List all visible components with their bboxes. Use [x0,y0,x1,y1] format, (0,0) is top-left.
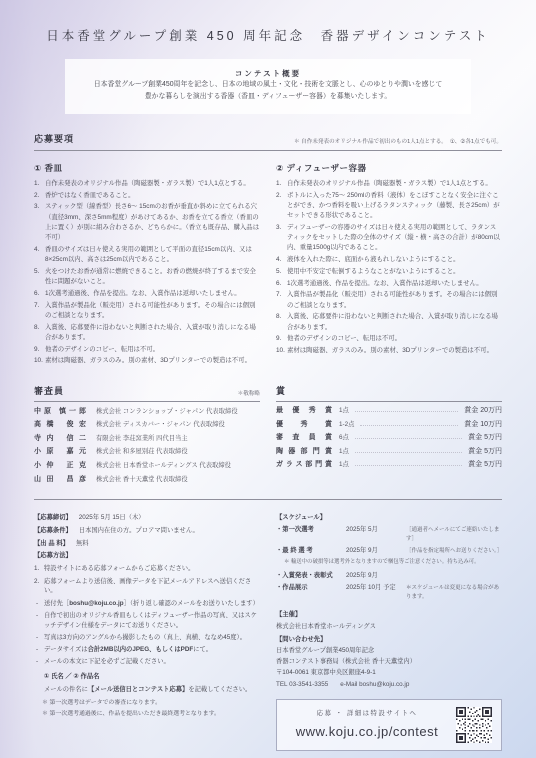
dotted-leader [355,465,462,466]
contact-line: 日本香堂グループ創業450周年記念 [276,646,502,656]
site-note: 応募 ・ 詳細は特設サイトへ [286,709,448,719]
application-section: 【応募締切】 2025年 5月 15日（木） 【応募条件】 日本国内在住の方。プ… [34,513,260,752]
contact-line: 香器コンテスト事務局（株式会社 香十天薫堂内） [276,657,502,667]
prize-name: 最優秀賞 [276,405,332,415]
deadline-row: 【応募締切】 2025年 5月 15日（木） [34,513,260,523]
prize-name: 審査員賞 [276,432,332,442]
rule-item: 香皿のサイズは日々使える実用の範囲として平面の直径15cm以内、又は8×25cm… [34,245,260,266]
rule-item: 自作未発表のオリジナル作品（陶磁器製・ガラス製）で1人1点とする。 [34,179,260,189]
fee-label: 【出 品 料】 [34,539,69,549]
schedule-label: ・作品展示 [276,583,338,593]
incense-plate-column: ① 香皿 自作未発表のオリジナル作品（陶磁器製・ガラス製）で1人1点とする。 香… [34,151,260,368]
judges-prizes-columns: 審査員 ＊敬称略 中原 慎一郎 株式会社 コンランショップ・ジャパン 代表取締役… [34,368,502,484]
judge-affiliation: 株式会社 コンランショップ・ジャパン 代表取締役 [96,406,238,415]
judge-row: 山田 昌彦 株式会社 香十天薫堂 代表取締役 [34,474,260,484]
application-step: 応募フォームより送信後、画像データを下記メールアドレスへ送信ください。 [34,577,260,597]
conditions-value: 日本国内在住の方。プロアマ問いません。 [79,526,199,536]
judge-name: 小仲 正克 [34,460,86,470]
prizes-header: 賞 [276,384,502,402]
detail-text: データサイズは [44,646,88,653]
rule-item: 液体を入れた際に、底面から液もれしないようにすること。 [276,255,502,265]
deadline-label: 【応募締切】 [34,513,72,523]
rule-item: スティック型（線香型）長さ6～ 15cmのお香が垂直か斜めに立てられる穴（直径3… [34,202,260,243]
incense-plate-rules: 自作未発表のオリジナル作品（陶磁器製・ガラス製）で1人1点とする。 香炉ではなく… [34,179,260,367]
schedule-organizer-section: 【スケジュール】 ・第一次選考 2025年 5月 ［通過者へメールにてご連絡いた… [276,513,502,752]
email-subject-line: メールの件名に【メール送信日とコンテスト応募】を記載してください。 [44,685,260,695]
requirements-columns: ① 香皿 自作未発表のオリジナル作品（陶磁器製・ガラス製）で1人1点とする。 香… [34,151,502,368]
special-site-box: 応募 ・ 詳細は特設サイトへ www.koju.co.jp/contest [276,699,502,751]
rule-item: ディフューザーの容器のサイズは日々使える実用の範囲として、ラタンスティックをセッ… [276,223,502,254]
application-detail: データサイズは合計2MB以内のJPEG、もしくはPDFにて。 [34,645,260,655]
site-text: 応募 ・ 詳細は特設サイトへ www.koju.co.jp/contest [286,709,448,742]
overview-text-line2: 豊かな暮らしを演出する香器（香皿・ディフューザー容器）を募集いたします。 [69,91,467,103]
rule-item: 火をつけたお香が通常に燃焼できること。お香の燃焼が終了するまで安全性に問題がない… [34,267,260,288]
prize-amount: 賞金 5万円 [468,432,502,442]
requirements-header: 応募要項 ＊ 自作未発表のオリジナル作品で初出のもの1人1点とする。 ①、②各1… [34,132,502,151]
prize-amount: 賞金 5万円 [468,446,502,456]
dotted-leader [355,411,458,412]
rule-item: ボトルに入った75～ 250mlの香料（液体）をこぼすことなく安全に注ぐことがで… [276,191,502,222]
schedule-date: 2025年 5月 [346,525,398,535]
prize-row: 審査員賞 6点 賞金 5万円 [276,432,502,442]
judge-row: 中原 慎一郎 株式会社 コンランショップ・ジャパン 代表取締役 [34,406,260,416]
schedule-row: ・作品展示 2025年 10月 予定 ＊スケジュールは変更になる場合があります。 [276,583,502,601]
required-fields-line: ① 氏名 ／ ② 作品名 [44,672,260,682]
contact-tel: TEL 03-3541-3355 [276,680,328,690]
judge-affiliation: 株式会社 日本香堂ホールディングス 代表取締役 [96,460,231,469]
prize-name: 陶器部門賞 [276,446,332,456]
prize-name: ガラス部門賞 [276,459,332,469]
fee-value: 無料 [76,539,89,549]
rule-item: 自作未発表のオリジナル作品（陶磁器製・ガラス製）で1人1点とする。 [276,179,502,189]
prize-count: 1点 [339,446,349,455]
shipping-damage-note: ＊ 輸送中の破損等は選考外となりますので梱包等ご注意ください。持ち込み可。 [284,558,502,566]
deadline-value: 2025年 5月 15日（木） [79,513,145,523]
application-detail: 写真は3方向のアングルから撮影したもの（真上、真横、ななめ45度）。 [34,633,260,643]
schedule-date: 2025年 9月 [346,571,398,581]
overview-heading: コンテスト概要 [69,68,467,79]
contact-tel-email-row: TEL 03-3541-3355 e-Mail boshu@koju.co.jp [276,680,502,690]
detail-text: メールの本文に下記を必ずご記載ください。 [44,658,170,665]
schedule-label: ・第一次選考 [276,525,338,535]
prize-count: 1点 [339,405,349,414]
judge-row: 小仲 正克 株式会社 日本香堂ホールディングス 代表取締役 [34,460,260,470]
rule-item: 使用中不安定で転倒するようなことがないようにすること。 [276,267,502,277]
rule-item: 入賞作品が製品化（販売用）される可能性があります。その場合には個別のご相談となり… [34,301,260,322]
judge-affiliation: 有限会社 李荘窯業所 四代目当主 [96,433,188,442]
organizer-name: 株式会社日本香堂ホールディングス [276,622,502,632]
rule-item: 入賞後、応募要件に沿わないと判断された場合、入賞が取り消しになる場合があります。 [34,323,260,344]
judges-section: 審査員 ＊敬称略 中原 慎一郎 株式会社 コンランショップ・ジャパン 代表取締役… [34,368,260,484]
judge-name: 山田 昌彦 [34,474,86,484]
schedule-note: ［通過者へメールにてご連絡いたします］ [406,526,502,543]
contest-overview-box: コンテスト概要 日本香堂グループ創業450周年を記念し、日本の地域の風土・文化・… [65,59,471,114]
detail-text: ］（折り返し確認のメールをお送りいたします） [124,600,259,607]
conditions-label: 【応募条件】 [34,526,72,536]
rule-item: 素材は陶磁器、ガラスのみ。別の素材、3Dプリンターでの製造は不可。 [34,356,260,366]
subject-bold: 【メール送信日とコンテスト応募】 [88,686,188,693]
fee-row: 【出 品 料】 無料 [34,539,260,549]
method-label: 【応募方法】 [34,551,72,561]
detail-text: にて。 [193,646,212,653]
screening-note: ＊ 第一次選考通過後に、作品を提出いただき最終選考となります。 [42,710,260,719]
application-columns: 【応募締切】 2025年 5月 15日（木） 【応募条件】 日本国内在住の方。プ… [34,513,502,752]
rule-item: 1次選考通過後、作品を提出。なお、入賞作品は返却いたしません。 [34,289,260,299]
site-url-link[interactable]: www.koju.co.jp/contest [286,722,448,742]
schedule-row: ・入賞発表・表彰式 2025年 9月 [276,571,502,581]
overview-text-line1: 日本香堂グループ創業450周年を記念し、日本の地域の風土・文化・技術を文脈とし、… [69,79,467,91]
rule-item: 他者のデザインのコピー、転用は不可。 [34,345,260,355]
dotted-leader [355,452,462,453]
subject-text: メールの件名に [44,686,88,693]
dotted-leader [360,425,458,426]
judge-affiliation: 株式会社 ディスカバー・ジャパン 代表取締役 [96,419,225,428]
prize-count: 1点 [339,459,349,468]
prize-name: 優秀賞 [276,419,332,429]
submission-email[interactable]: boshu@koju.co.jp [69,600,123,607]
rule-item: 1次選考通過後、作品を提出。なお、入賞作品は返却いたしません。 [276,279,502,289]
schedule-label: ・最 終 選 考 [276,546,338,556]
rule-item: 入賞後、応募要件に沿わないと判断された場合、入賞が取り消しになる場合があります。 [276,312,502,333]
dotted-leader [355,438,462,439]
section-divider [34,499,502,500]
prize-row: ガラス部門賞 1点 賞金 5万円 [276,459,502,469]
prize-amount: 賞金 5万円 [468,459,502,469]
contact-line: 〒104-0061 東京都中央区銀座4-9-1 [276,668,502,678]
prize-count: 1-2点 [339,419,354,428]
schedule-note: ［作品を指定場所へお送りください。］ [406,547,502,556]
judge-name: 高橋 俊宏 [34,419,86,429]
contact-email[interactable]: e-Mail boshu@koju.co.jp [340,680,409,690]
judge-row: 小原 嘉元 株式会社 和多屋別荘 代表取締役 [34,446,260,456]
rule-item: 入賞作品が製品化（販売用）される可能性があります。その場合には個別のご相談となり… [276,290,502,311]
screening-note: ＊ 第一次選考はデータでの審査になります。 [42,699,260,708]
diffuser-column: ② ディフューザー容器 自作未発表のオリジナル作品（陶磁器製・ガラス製）で1人1… [276,151,502,368]
diffuser-heading: ② ディフューザー容器 [276,162,502,174]
prize-amount: 賞金 10万円 [464,419,502,429]
judge-affiliation: 株式会社 和多屋別荘 代表取締役 [96,446,188,455]
requirements-note: ＊ 自作未発表のオリジナル作品で初出のもの1人1点とする。 ①、②各1点でも可。 [294,137,502,145]
prizes-title: 賞 [276,384,286,397]
schedule-date: 2025年 9月 [346,546,398,556]
judge-row: 寺内 信二 有限会社 李荘窯業所 四代目当主 [34,433,260,443]
prizes-section: 賞 最優秀賞 1点 賞金 20万円 優秀賞 1-2点 賞金 10万円 審査員賞 … [276,368,502,484]
schedule-row: ・第一次選考 2025年 5月 ［通過者へメールにてご連絡いたします］ [276,525,502,543]
prize-row: 最優秀賞 1点 賞金 20万円 [276,405,502,415]
subject-text: を記載してください。 [188,686,251,693]
incense-plate-heading: ① 香皿 [34,162,260,174]
qr-code-icon [456,707,492,743]
rule-item: 香炉ではなく香皿であること。 [34,191,260,201]
organizer-heading: 【主催】 [276,610,502,620]
detail-text: 送付先［ [44,600,69,607]
conditions-row: 【応募条件】 日本国内在住の方。プロアマ問いません。 [34,526,260,536]
method-row: 【応募方法】 [34,551,260,561]
detail-bold: 合計2MB以内のJPEG、もしくはPDF [88,646,194,653]
contact-heading: 【問い合わせ先】 [276,635,502,645]
rule-item: 素材は陶磁器、ガラスのみ。別の素材、3Dプリンターでの製造は不可。 [276,346,502,356]
rule-item: 他者のデザインのコピー、転用は不可。 [276,334,502,344]
application-steps: 特設サイトにある応募フォームからご応募ください。 応募フォームより送信後、画像デ… [34,564,260,596]
application-detail: 自作で初出のオリジナル香皿もしくはディフューザー作品の写真、又はスケッチデザイン… [34,611,260,631]
judges-title: 審査員 [34,384,64,397]
detail-text: 写真は3方向のアングルから撮影したもの（真上、真横、ななめ45度）。 [44,634,246,641]
judge-name: 寺内 信二 [34,433,86,443]
page-title: 日本香堂グループ創業 450 周年記念 香器デザインコンテスト [0,26,536,44]
judge-affiliation: 株式会社 香十天薫堂 代表取締役 [96,474,188,483]
diffuser-rules: 自作未発表のオリジナル作品（陶磁器製・ガラス製）で1人1点とする。 ボトルに入っ… [276,179,502,357]
judge-row: 高橋 俊宏 株式会社 ディスカバー・ジャパン 代表取締役 [34,419,260,429]
requirements-title: 応募要項 [34,132,74,145]
judges-header: 審査員 ＊敬称略 [34,384,260,402]
prize-row: 優秀賞 1-2点 賞金 10万円 [276,419,502,429]
schedule-date: 2025年 10月 予定 [346,583,398,593]
detail-text: 自作で初出のオリジナル香皿もしくはディフューザー作品の写真、又はスケッチデザイン… [44,612,257,629]
judge-name: 中原 慎一郎 [34,406,86,416]
application-detail: メールの本文に下記を必ずご記載ください。 [34,657,260,667]
judges-honorifics-note: ＊敬称略 [238,389,260,397]
application-detail: 送付先［boshu@koju.co.jp］（折り返し確認のメールをお送りいたしま… [34,599,260,609]
schedule-heading: 【スケジュール】 [276,513,502,523]
prize-count: 6点 [339,432,349,441]
application-step: 特設サイトにある応募フォームからご応募ください。 [34,564,260,574]
schedule-note: ＊スケジュールは変更になる場合があります。 [406,584,502,601]
contest-poster: 日本香堂グループ創業 450 周年記念 香器デザインコンテスト コンテスト概要 … [0,0,536,758]
schedule-label: ・入賞発表・表彰式 [276,571,338,581]
prize-row: 陶器部門賞 1点 賞金 5万円 [276,446,502,456]
prize-amount: 賞金 20万円 [464,405,502,415]
judge-name: 小原 嘉元 [34,446,86,456]
schedule-row: ・最 終 選 考 2025年 9月 ［作品を指定場所へお送りください。］ [276,546,502,556]
